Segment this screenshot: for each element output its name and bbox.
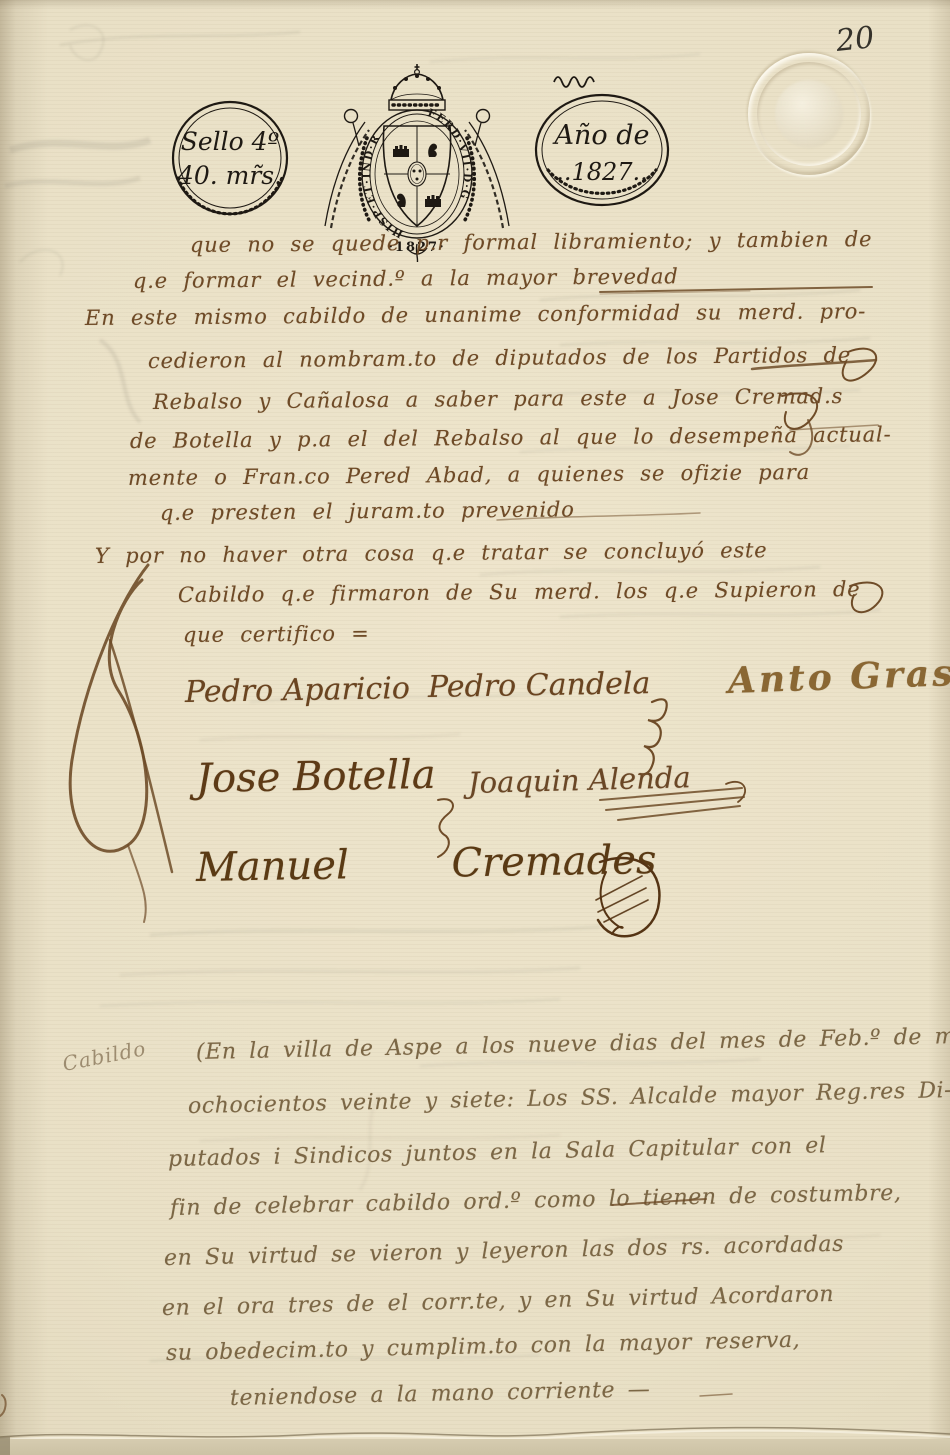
embossed-seal-center bbox=[775, 80, 843, 148]
embossed-seal bbox=[748, 53, 870, 175]
signature: Anto Gras bbox=[727, 652, 950, 702]
tax-stamp: Sello 4º 40. mr̃s. Año de ..1827.. bbox=[170, 22, 675, 262]
manuscript-line: En este mismo cabildo de unanime conform… bbox=[85, 299, 866, 330]
signature: Jose Botella bbox=[196, 752, 436, 802]
motto-left-text: HISP·ET·IND·R bbox=[361, 132, 405, 240]
manuscript-line: que no se quede p.r formal libramiento; … bbox=[190, 227, 873, 257]
stamp-year-label: Año de bbox=[552, 120, 650, 151]
manuscript-line: en Su virtud se vieron y leyeron las dos… bbox=[164, 1232, 845, 1271]
manuscript-line: q.e formar el vecind.º a la mayor breved… bbox=[133, 264, 679, 293]
manuscript-line: fin de celebrar cabildo ord.º como lo ti… bbox=[170, 1181, 902, 1221]
manuscript-line: q.e presten el juram.to prevenido bbox=[160, 497, 575, 525]
signature: Joaquin Alenda bbox=[468, 760, 692, 800]
castle-icon bbox=[393, 145, 409, 157]
manuscript-line: mente o Fran.co Pered Abad, a quienes se… bbox=[128, 460, 810, 490]
manuscript-line: (En la villa de Aspe a los nueve dias de… bbox=[196, 1024, 950, 1065]
manuscript-line: putados i Sindicos juntos en la Sala Cap… bbox=[168, 1133, 827, 1172]
manuscript-line: ochocientos veinte y siete: Los SS. Alca… bbox=[188, 1078, 950, 1119]
manuscript-line: de Botella y p.a el del Rebalso al que l… bbox=[130, 422, 892, 453]
castle-icon bbox=[425, 195, 441, 207]
stamp-year-value: ..1827.. bbox=[556, 158, 648, 186]
margin-note: Cabildo bbox=[60, 1036, 148, 1076]
svg-text:FERD·VII·D·G: FERD·VII·D·G bbox=[426, 107, 473, 202]
stamp-duty-class: Sello 4º bbox=[181, 127, 280, 156]
signature: Pedro Aparicio bbox=[185, 671, 410, 710]
fleur-de-lis-icons bbox=[413, 170, 422, 181]
page-edge-shadow bbox=[0, 1437, 10, 1455]
signature: Manuel Cremades bbox=[196, 837, 657, 891]
manuscript-line: Cabildo q.e firmaron de Su merd. los q.e… bbox=[178, 577, 861, 607]
lion-icon bbox=[397, 194, 406, 207]
stamp-duty-price: 40. mr̃s. bbox=[177, 161, 282, 190]
stamp-year-oval: Año de ..1827.. bbox=[536, 77, 668, 205]
motto-right-text: FERD·VII·D·G bbox=[426, 107, 473, 202]
manuscript-line: que certifico = bbox=[183, 621, 370, 647]
manuscript-line: su obedecim.to y cumplim.to con la mayor… bbox=[166, 1328, 801, 1366]
manuscript-page: 20 Sello 4º 40. mr̃s. Año de ..1827.. bbox=[0, 0, 950, 1455]
royal-crown-icon bbox=[389, 64, 445, 110]
folio-number: 20 bbox=[834, 20, 876, 59]
manuscript-line: cedieron al nombram.to de diputados de l… bbox=[148, 343, 851, 373]
manuscript-line: teniendose a la mano corriente — bbox=[230, 1377, 651, 1411]
underlying-sheet bbox=[0, 1439, 950, 1455]
manuscript-line: en el ora tres de el corr.te, y en Su vi… bbox=[162, 1282, 835, 1321]
shield bbox=[383, 126, 450, 226]
signature: Pedro Candela bbox=[428, 666, 651, 705]
manuscript-line: Y por no haver otra cosa q.e tratar se c… bbox=[95, 538, 768, 568]
manuscript-line: Rebalso y Cañalosa a saber para este a J… bbox=[153, 384, 843, 414]
marginal-rubric bbox=[70, 565, 172, 922]
svg-text:HISP·ET·IND·R: HISP·ET·IND·R bbox=[361, 132, 405, 240]
stamp-duty-oval: Sello 4º 40. mr̃s. bbox=[173, 102, 287, 214]
lion-icon bbox=[428, 144, 437, 157]
